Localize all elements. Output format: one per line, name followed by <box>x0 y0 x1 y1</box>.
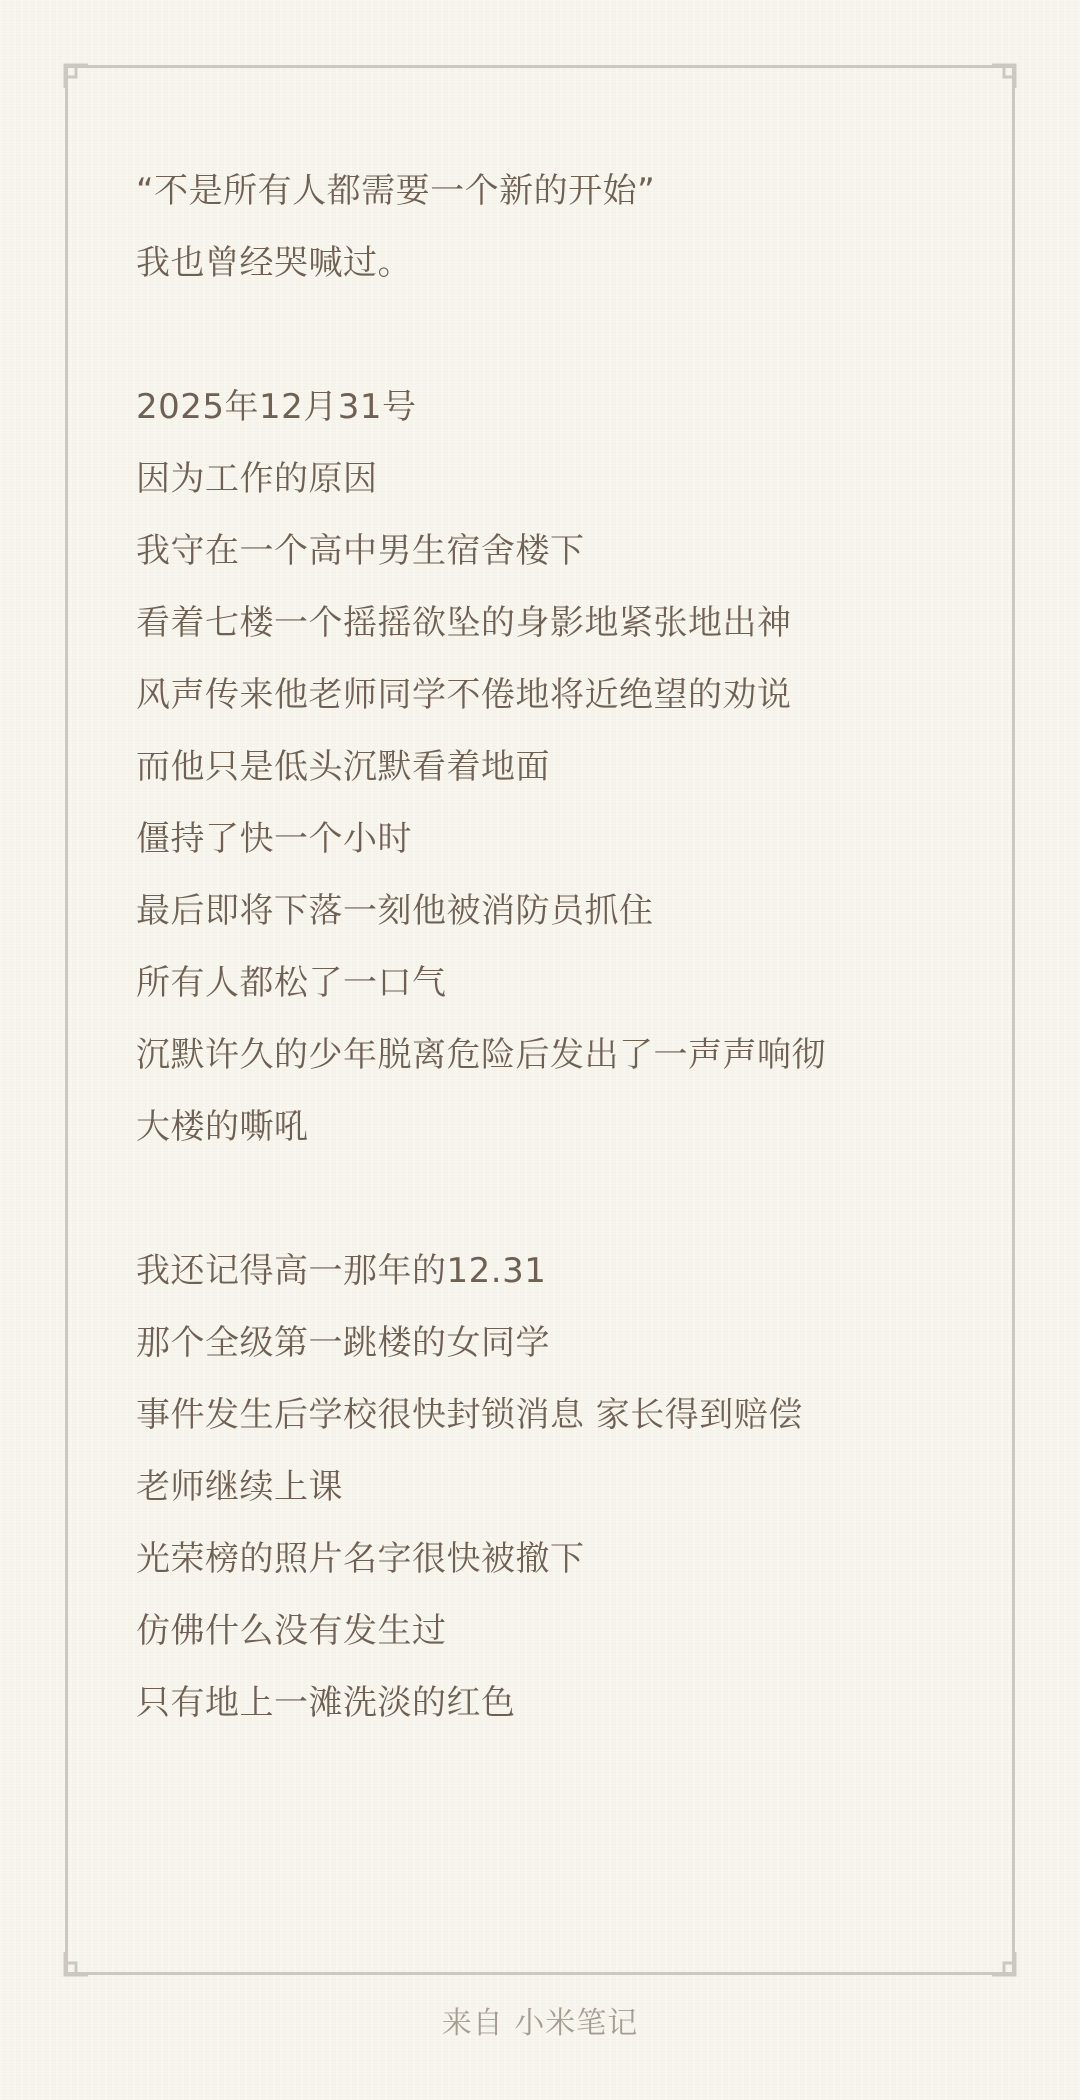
note-line: 那个全级第一跳楼的女同学 <box>136 1307 956 1379</box>
corner-ornament-icon <box>62 1952 88 1978</box>
note-line: 最后即将下落一刻他被消防员抓住 <box>136 875 956 947</box>
note-line: “不是所有人都需要一个新的开始” <box>136 155 956 227</box>
note-line: 我也曾经哭喊过。 <box>136 227 956 299</box>
note-line: 只有地上一滩洗淡的红色 <box>136 1667 956 1739</box>
note-line: 看着七楼一个摇摇欲坠的身影地紧张地出神 <box>136 587 956 659</box>
source-footer: 来自 小米笔记 <box>0 1998 1080 2042</box>
corner-ornament-icon <box>992 62 1018 88</box>
corner-ornament-icon <box>62 62 88 88</box>
note-line: 我还记得高一那年的12.31 <box>136 1235 956 1307</box>
note-line: 沉默许久的少年脱离危险后发出了一声声响彻 <box>136 1019 956 1091</box>
note-line: 风声传来他老师同学不倦地将近绝望的劝说 <box>136 659 956 731</box>
note-line: 光荣榜的照片名字很快被撤下 <box>136 1523 956 1595</box>
note-line: 所有人都松了一口气 <box>136 947 956 1019</box>
note-line: 大楼的嘶吼 <box>136 1091 956 1163</box>
note-line: 因为工作的原因 <box>136 443 956 515</box>
note-line: 我守在一个高中男生宿舍楼下 <box>136 515 956 587</box>
note-line: 事件发生后学校很快封锁消息 家长得到赔偿 <box>136 1379 956 1451</box>
blank-line <box>136 1163 956 1235</box>
corner-ornament-icon <box>992 1952 1018 1978</box>
note-line: 僵持了快一个小时 <box>136 803 956 875</box>
note-line: 老师继续上课 <box>136 1451 956 1523</box>
note-line: 而他只是低头沉默看着地面 <box>136 731 956 803</box>
note-line: 仿佛什么没有发生过 <box>136 1595 956 1667</box>
blank-line <box>136 299 956 371</box>
note-line-date: 2025年12月31号 <box>136 371 956 443</box>
note-body: “不是所有人都需要一个新的开始” 我也曾经哭喊过。 2025年12月31号 因为… <box>136 155 956 1739</box>
